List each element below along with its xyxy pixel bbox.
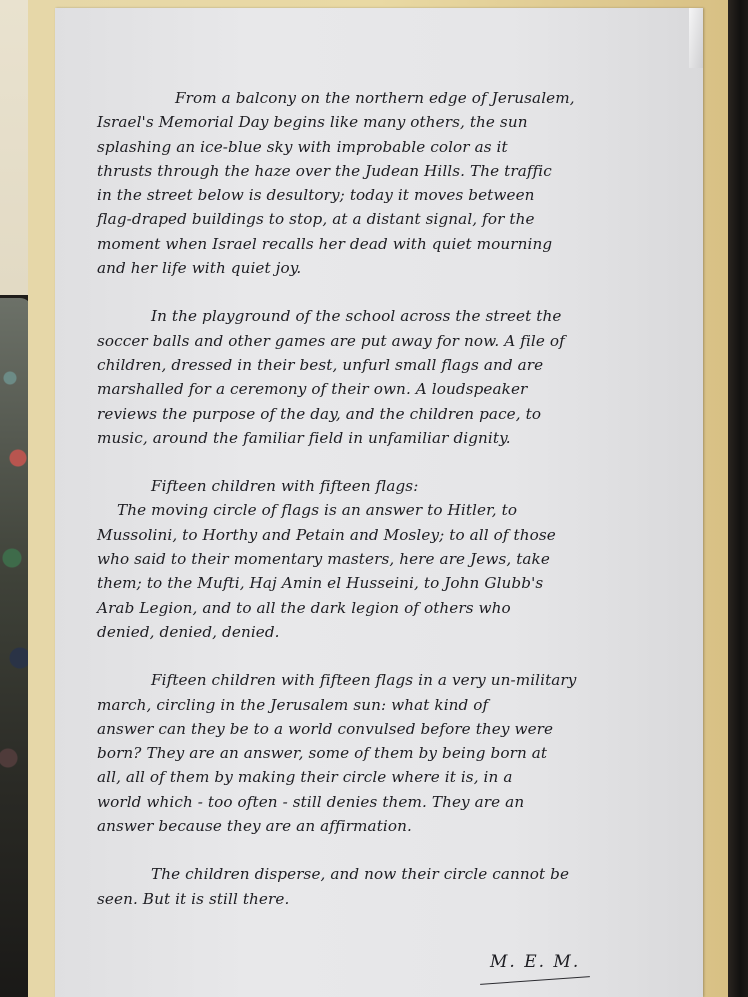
text-line: answer can they be to a world convulsed …	[97, 717, 647, 741]
letter-body: From a balcony on the northern edge of J…	[97, 86, 647, 935]
signature-initials: M. E. M.	[490, 952, 580, 972]
text-line: seen. But it is still there.	[97, 887, 647, 911]
left-background-card	[0, 0, 31, 295]
paragraph-3: Fifteen children with fifteen flags: The…	[97, 474, 647, 644]
text-line: flag-draped buildings to stop, at a dist…	[97, 207, 647, 231]
text-line: Fifteen children with fifteen flags:	[97, 474, 647, 498]
text-line: thrusts through the haze over the Judean…	[97, 159, 647, 183]
text-line: and her life with quiet joy.	[97, 256, 647, 280]
text-line: Mussolini, to Horthy and Petain and Mosl…	[97, 523, 647, 547]
text-line: denied, denied, denied.	[97, 620, 647, 644]
text-line: Arab Legion, and to all the dark legion …	[97, 596, 647, 620]
text-line: moment when Israel recalls her dead with…	[97, 232, 647, 256]
text-line: From a balcony on the northern edge of J…	[97, 86, 647, 110]
text-line: reviews the purpose of the day, and the …	[97, 402, 647, 426]
text-line: In the playground of the school across t…	[97, 304, 647, 328]
paper-curl	[689, 8, 703, 68]
text-line: world which - too often - still denies t…	[97, 790, 647, 814]
text-line: The children disperse, and now their cir…	[97, 862, 647, 886]
text-line: splashing an ice-blue sky with improbabl…	[97, 135, 647, 159]
text-line: all, all of them by making their circle …	[97, 765, 647, 789]
text-line: soccer balls and other games are put awa…	[97, 329, 647, 353]
text-line: marshalled for a ceremony of their own. …	[97, 377, 647, 401]
text-line: Fifteen children with fifteen flags in a…	[97, 668, 647, 692]
paragraph-1: From a balcony on the northern edge of J…	[97, 86, 647, 280]
paragraph-2: In the playground of the school across t…	[97, 304, 647, 450]
right-background	[728, 0, 748, 997]
text-line: who said to their momentary masters, her…	[97, 547, 647, 571]
text-line: children, dressed in their best, unfurl …	[97, 353, 647, 377]
text-line: in the street below is desultory; today …	[97, 183, 647, 207]
paragraph-5: The children disperse, and now their cir…	[97, 862, 647, 911]
paragraph-4: Fifteen children with fifteen flags in a…	[97, 668, 647, 838]
text-line: march, circling in the Jerusalem sun: wh…	[97, 693, 647, 717]
text-line: Israel's Memorial Day begins like many o…	[97, 110, 647, 134]
text-line: born? They are an answer, some of them b…	[97, 741, 647, 765]
text-line: answer because they are an affirmation.	[97, 814, 647, 838]
text-line: them; to the Mufti, Haj Amin el Husseini…	[97, 571, 647, 595]
text-line: The moving circle of flags is an answer …	[97, 498, 647, 522]
text-line: music, around the familiar field in unfa…	[97, 426, 647, 450]
